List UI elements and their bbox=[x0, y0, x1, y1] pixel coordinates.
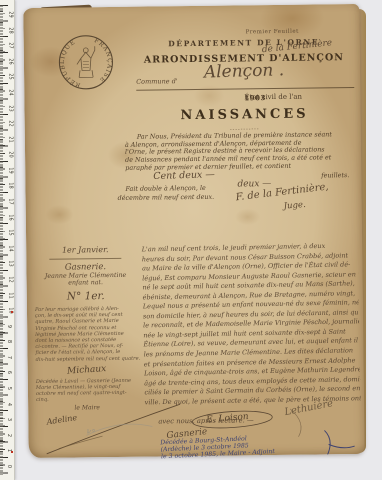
ruler-number: 19 bbox=[8, 167, 13, 173]
act-body-text: L'an mil neuf cent trois, le jeudi premi… bbox=[142, 241, 361, 407]
judge-title: Juge. bbox=[283, 200, 306, 212]
ruler-number: 20 bbox=[8, 152, 13, 158]
ruler-number: 13 bbox=[8, 261, 13, 267]
ruler-number: 3 bbox=[6, 418, 11, 421]
etat-civil-year: 1903 bbox=[244, 93, 266, 102]
measuring-ruler: 2928272625242322212019181716151413121110… bbox=[0, 0, 15, 480]
act-margin-column: 1er Janvier. Gasnerie. Jeanne Marie Clém… bbox=[30, 245, 142, 421]
act-number: N° 1er. bbox=[31, 290, 141, 303]
death-margin-note: Décédée à Laval — Gasnerie (JeanneMarie … bbox=[32, 377, 142, 403]
departement-title: DÉPARTEMENT DE L'ORNE bbox=[69, 36, 382, 49]
ruler-number: 7 bbox=[6, 356, 11, 359]
ruler-number: 5 bbox=[6, 387, 11, 390]
ruler-number: 25 bbox=[8, 74, 13, 80]
legitimation-margin-note: Par leur mariage célébré à Alen-çon, le … bbox=[31, 306, 142, 363]
margin-note-signature: Michaux bbox=[31, 362, 141, 379]
ruler-number: 14 bbox=[8, 245, 13, 251]
naissances-title: NAISSANCES bbox=[70, 105, 382, 124]
ruler-number: 9 bbox=[6, 325, 11, 328]
declaration-paragraph: Par Nous, Président du Tribunal de premi… bbox=[125, 131, 351, 172]
ruler-number: 22 bbox=[8, 120, 13, 126]
fait-double-line2: décembre mil neuf cent deux. bbox=[118, 193, 215, 202]
feuillets-label: feuillets. bbox=[321, 171, 349, 179]
ruler-number: 0 bbox=[6, 465, 11, 468]
document-scan: RÉPUBLIQUE FRANÇAISE Premier Feuillet DÉ… bbox=[0, 0, 382, 480]
ruler-red-mark bbox=[11, 451, 13, 453]
ruler-number: 17 bbox=[8, 198, 13, 204]
premier-feuillet-label: Premier Feuillet bbox=[246, 29, 299, 36]
ruler-number: 29 bbox=[8, 11, 13, 17]
death-transcription-stamp-1985: Décédée à Bourg-St-Andéol(Ardèche) le 3 … bbox=[160, 434, 275, 461]
ruler-number: 24 bbox=[8, 89, 13, 95]
ruler-number: 26 bbox=[8, 58, 13, 64]
ruler-number: 28 bbox=[8, 27, 13, 33]
act-date: 1er Janvier. bbox=[30, 245, 140, 255]
ruler-number: 2 bbox=[6, 434, 11, 437]
commune-underline bbox=[136, 87, 354, 91]
register-first-page: RÉPUBLIQUE FRANÇAISE Premier Feuillet DÉ… bbox=[23, 4, 364, 458]
ruler-number: 12 bbox=[8, 276, 13, 282]
fait-double-line: Fait double à Alençon, le bbox=[125, 184, 205, 193]
ruler-number: 18 bbox=[8, 183, 13, 189]
margin-note-line: dix-huit septembre mil neuf cent quatre. bbox=[32, 355, 142, 363]
pencil-mark: v° bbox=[85, 426, 96, 437]
feuillets-handwritten-count: Cent deux — bbox=[153, 169, 215, 182]
ruler-number: 15 bbox=[8, 230, 13, 236]
ruler-number: 21 bbox=[8, 136, 13, 142]
ruler-number: 16 bbox=[8, 214, 13, 220]
ruler-number: 11 bbox=[8, 292, 13, 298]
ruler-number: 4 bbox=[6, 403, 11, 406]
ruler-number: 23 bbox=[8, 105, 13, 111]
ruler-number: 27 bbox=[8, 42, 13, 48]
etat-civil-line: État civil de l'an 1903 bbox=[69, 91, 382, 95]
ruler-red-mark bbox=[11, 311, 13, 313]
ruler-number: 8 bbox=[6, 340, 11, 343]
margin-divider bbox=[49, 258, 121, 260]
ruler-number: 6 bbox=[6, 371, 11, 374]
act-child-status: enfant nat. bbox=[31, 279, 141, 287]
